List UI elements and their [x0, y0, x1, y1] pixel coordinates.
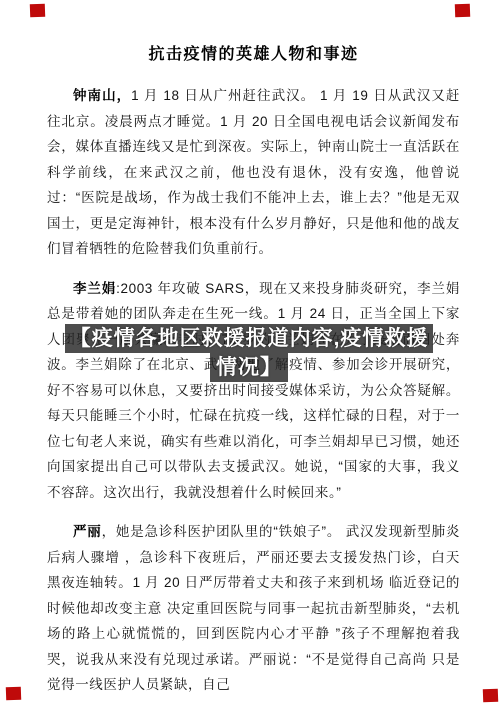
- paragraph-text: ，她是急诊科医护团队里的“铁娘子”。 武汉发现新型肺炎后病人骤增 ，急诊科下夜班…: [47, 524, 460, 692]
- paragraph-lead: 钟南山，: [73, 88, 131, 103]
- corner-marker-bottom-left: [6, 687, 21, 701]
- paragraph-text: 1 月 18 日从广州赶往武汉。 1 月 19 日从武汉又赶往北京。凌晨两点才睡…: [47, 88, 460, 256]
- corner-marker-bottom-right: [483, 689, 498, 703]
- paragraph-zhongnanshan: 钟南山，1 月 18 日从广州赶往武汉。 1 月 19 日从武汉又赶往北京。凌晨…: [47, 83, 460, 262]
- corner-marker-top-right: [455, 4, 470, 18]
- page-title: 抗击疫情的英雄人物和事迹: [47, 44, 460, 65]
- paragraph-lead: 李兰娟: [73, 281, 116, 296]
- corner-marker-top-left: [30, 4, 45, 18]
- paragraph-yanli: 严丽，她是急诊科医护团队里的“铁娘子”。 武汉发现新型肺炎后病人骤增 ，急诊科下…: [47, 519, 460, 698]
- paragraph-lilanjuan: 李兰娟:2003 年攻破 SARS，现在又来投身肺炎研究，李兰娟总是带着她的团队…: [47, 276, 460, 506]
- watermark-caption-line1: 【疫情各地区救援报道内容,疫情救援: [65, 324, 433, 353]
- watermark-caption-overlay: 【疫情各地区救援报道内容,疫情救援 情况】: [65, 324, 433, 382]
- paragraph-text: :2003 年攻破 SARS，现在又来投身肺炎研究，李兰娟总是带着她的团队奔走在…: [47, 281, 460, 500]
- watermark-caption-line2: 情况】: [210, 353, 288, 382]
- paragraph-lead: 严丽: [73, 524, 102, 539]
